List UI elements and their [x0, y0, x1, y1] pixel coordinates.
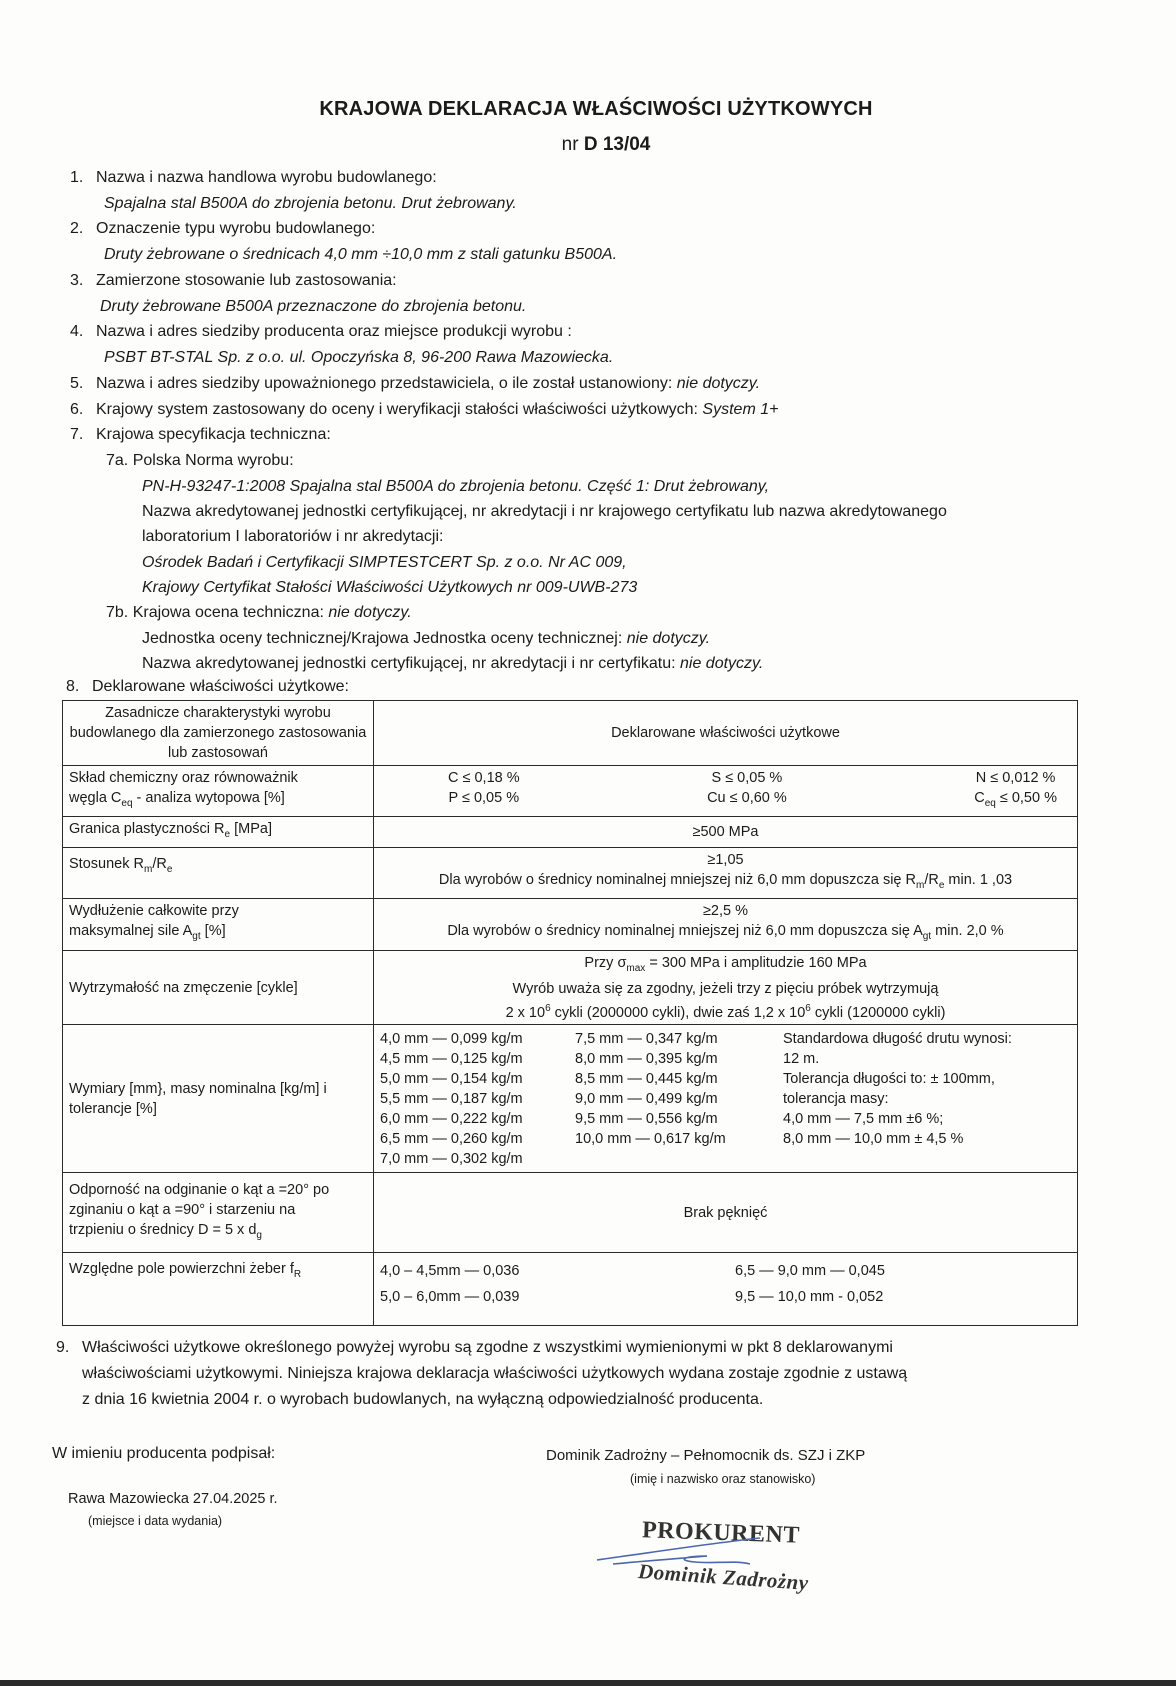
dimension-entry: 9,0 mm — 0,499 kg/m	[575, 1089, 783, 1109]
yield-value: ≥500 MPa	[374, 816, 1078, 847]
item-3-value: Druty żebrowane B500A przeznaczone do zb…	[100, 297, 526, 317]
scan-edge	[0, 1680, 1176, 1686]
ratio-label: Stosunek Rm/Re	[63, 847, 374, 898]
item-2-value: Druty żebrowane o średnicach 4,0 mm ÷10,…	[104, 245, 617, 265]
item-7a-cert-label-2: laboratorium I laboratoriów i nr akredyt…	[142, 527, 443, 547]
table-row-bend: Odporność na odginanie o kąt a =20° po z…	[63, 1173, 1078, 1253]
table-row-ribs: Względne pole powierzchni żeber fR 4,0 –…	[63, 1253, 1078, 1326]
rib-area-entry: 9,5 — 10,0 mm - 0,052	[735, 1287, 1035, 1307]
signed-on-behalf-label: W imieniu producenta podpisał:	[52, 1441, 275, 1467]
dims-column-3: Standardowa długość drutu wynosi:12 m.To…	[783, 1029, 1063, 1169]
dimension-entry: 7,5 mm — 0,347 kg/m	[575, 1029, 783, 1049]
dimension-entry: 5,5 mm — 0,187 kg/m	[380, 1089, 575, 1109]
elongation-label: Wydłużenie całkowite przy maksymalnej si…	[63, 898, 374, 950]
dimensions-label: Wymiary [mm}, masy nominalna [kg/m] i to…	[63, 1025, 374, 1173]
item-9-line-3: z dnia 16 kwietnia 2004 r. o wyrobach bu…	[82, 1390, 763, 1410]
dimension-entry: tolerancja masy:	[783, 1089, 1063, 1109]
item-7b-line-2: Jednostka oceny technicznej/Krajowa Jedn…	[142, 629, 710, 649]
yield-label: Granica plastyczności Re [MPa]	[63, 816, 374, 847]
dimension-entry: 7,0 mm — 0,302 kg/m	[380, 1149, 575, 1169]
item-6: 6.Krajowy system zastosowany do oceny i …	[70, 400, 778, 420]
item-9-line-1: 9.Właściwości użytkowe określonego powyż…	[56, 1338, 893, 1358]
dimension-entry: 10,0 mm — 0,617 kg/m	[575, 1129, 783, 1149]
table-row-fatigue: Wytrzymałość na zmęczenie [cykle] Przy σ…	[63, 950, 1078, 1025]
fatigue-label: Wytrzymałość na zmęczenie [cykle]	[63, 950, 374, 1025]
item-8-label: 8.Deklarowane właściwości użytkowe:	[66, 677, 349, 697]
dims-column-1: 4,0 mm — 0,099 kg/m4,5 mm — 0,125 kg/m5,…	[380, 1029, 575, 1169]
item-9-line-2: właściwościami użytkowymi. Niniejsza kra…	[82, 1364, 907, 1384]
declared-properties-table: Zasadnicze charakterystyki wyrobu budowl…	[62, 700, 1078, 1326]
dims-column-2: 7,5 mm — 0,347 kg/m8,0 mm — 0,395 kg/m8,…	[575, 1029, 783, 1169]
dimension-entry: 4,0 mm — 7,5 mm ±6 %;	[783, 1109, 1063, 1129]
table-row-yield: Granica plastyczności Re [MPa] ≥500 MPa	[63, 816, 1078, 847]
table-header-row: Zasadnicze charakterystyki wyrobu budowl…	[63, 701, 1078, 766]
dimension-entry: 6,0 mm — 0,222 kg/m	[380, 1109, 575, 1129]
header-characteristics: Zasadnicze charakterystyki wyrobu budowl…	[63, 701, 374, 766]
signer-caption: (imię i nazwisko oraz stanowisko)	[630, 1466, 815, 1492]
rib-area-entry: 4,0 – 4,5mm — 0,036	[380, 1261, 735, 1281]
item-3-label: 3.Zamierzone stosowanie lub zastosowania…	[70, 271, 397, 291]
item-4-label: 4.Nazwa i adres siedziby producenta oraz…	[70, 322, 572, 342]
dimension-entry: 12 m.	[783, 1049, 1063, 1069]
item-7a-cert-value-1: Ośrodek Badań i Certyfikacji SIMPTESTCER…	[142, 553, 627, 573]
header-declared-properties: Deklarowane właściwości użytkowe	[374, 701, 1078, 766]
dimension-entry: 6,5 mm — 0,260 kg/m	[380, 1129, 575, 1149]
item-5: 5.Nazwa i adres siedziby upoważnionego p…	[70, 374, 760, 394]
dimension-entry: 8,0 mm — 10,0 mm ± 4,5 %	[783, 1129, 1063, 1149]
item-7a-cert-label-1: Nazwa akredytowanej jednostki certyfikuj…	[142, 502, 947, 522]
item-7a-label: 7a. Polska Norma wyrobu:	[106, 451, 294, 471]
document-page: KRAJOWA DEKLARACJA WŁAŚCIWOŚCI UŻYTKOWYC…	[0, 0, 1176, 1686]
item-7a-norm: PN-H-93247-1:2008 Spajalna stal B500A do…	[142, 477, 769, 497]
table-row-chemical: Skład chemiczny oraz równoważnik węgla C…	[63, 766, 1078, 817]
item-7-label: 7.Krajowa specyfikacja techniczna:	[70, 425, 331, 445]
document-number: nr D 13/04	[18, 134, 1176, 156]
item-7b: 7b. Krajowa ocena techniczna: nie dotycz…	[106, 603, 412, 623]
dimension-entry: Tolerancja długości to: ± 100mm,	[783, 1069, 1063, 1089]
item-2-label: 2.Oznaczenie typu wyrobu budowlanego:	[70, 219, 375, 239]
dimension-entry: 5,0 mm — 0,154 kg/m	[380, 1069, 575, 1089]
dimension-entry: 8,0 mm — 0,395 kg/m	[575, 1049, 783, 1069]
item-7a-cert-value-2: Krajowy Certyfikat Stałości Właściwości …	[142, 578, 637, 598]
item-7b-line-3: Nazwa akredytowanej jednostki certyfikuj…	[142, 654, 763, 674]
item-4-value: PSBT BT-STAL Sp. z o.o. ul. Opoczyńska 8…	[104, 348, 613, 368]
document-title: KRAJOWA DEKLARACJA WŁAŚCIWOŚCI UŻYTKOWYC…	[8, 98, 1176, 121]
item-1-label: 1.Nazwa i nazwa handlowa wyrobu budowlan…	[70, 168, 437, 188]
table-row-ratio: Stosunek Rm/Re ≥1,05 Dla wyrobów o średn…	[63, 847, 1078, 898]
ribs-label: Względne pole powierzchni żeber fR	[63, 1253, 374, 1326]
dimension-entry: 4,5 mm — 0,125 kg/m	[380, 1049, 575, 1069]
chemical-values: C ≤ 0,18 %P ≤ 0,05 % S ≤ 0,05 %Cu ≤ 0,60…	[374, 766, 1078, 817]
ribs-values: 4,0 – 4,5mm — 0,0366,5 — 9,0 mm — 0,0455…	[374, 1253, 1078, 1326]
item-1-value: Spajalna stal B500A do zbrojenia betonu.…	[104, 194, 517, 214]
bend-value: Brak pęknięć	[374, 1173, 1078, 1253]
rib-area-entry: 5,0 – 6,0mm — 0,039	[380, 1287, 735, 1307]
chemical-label: Skład chemiczny oraz równoważnik węgla C…	[63, 766, 374, 817]
place-and-date-caption: (miejsce i data wydania)	[88, 1508, 222, 1534]
dimension-entry: 8,5 mm — 0,445 kg/m	[575, 1069, 783, 1089]
elongation-value: ≥2,5 % Dla wyrobów o średnicy nominalnej…	[374, 898, 1078, 950]
ratio-value: ≥1,05 Dla wyrobów o średnicy nominalnej …	[374, 847, 1078, 898]
dimension-entry: 9,5 mm — 0,556 kg/m	[575, 1109, 783, 1129]
fatigue-value: Przy σmax = 300 MPa i amplitudzie 160 MP…	[374, 950, 1078, 1025]
dimension-entry: 4,0 mm — 0,099 kg/m	[380, 1029, 575, 1049]
dimensions-values: 4,0 mm — 0,099 kg/m4,5 mm — 0,125 kg/m5,…	[374, 1025, 1078, 1173]
rib-area-entry: 6,5 — 9,0 mm — 0,045	[735, 1261, 1035, 1281]
table-row-elongation: Wydłużenie całkowite przy maksymalnej si…	[63, 898, 1078, 950]
dimension-entry: Standardowa długość drutu wynosi:	[783, 1029, 1063, 1049]
bend-label: Odporność na odginanie o kąt a =20° po z…	[63, 1173, 374, 1253]
table-row-dimensions: Wymiary [mm}, masy nominalna [kg/m] i to…	[63, 1025, 1078, 1173]
